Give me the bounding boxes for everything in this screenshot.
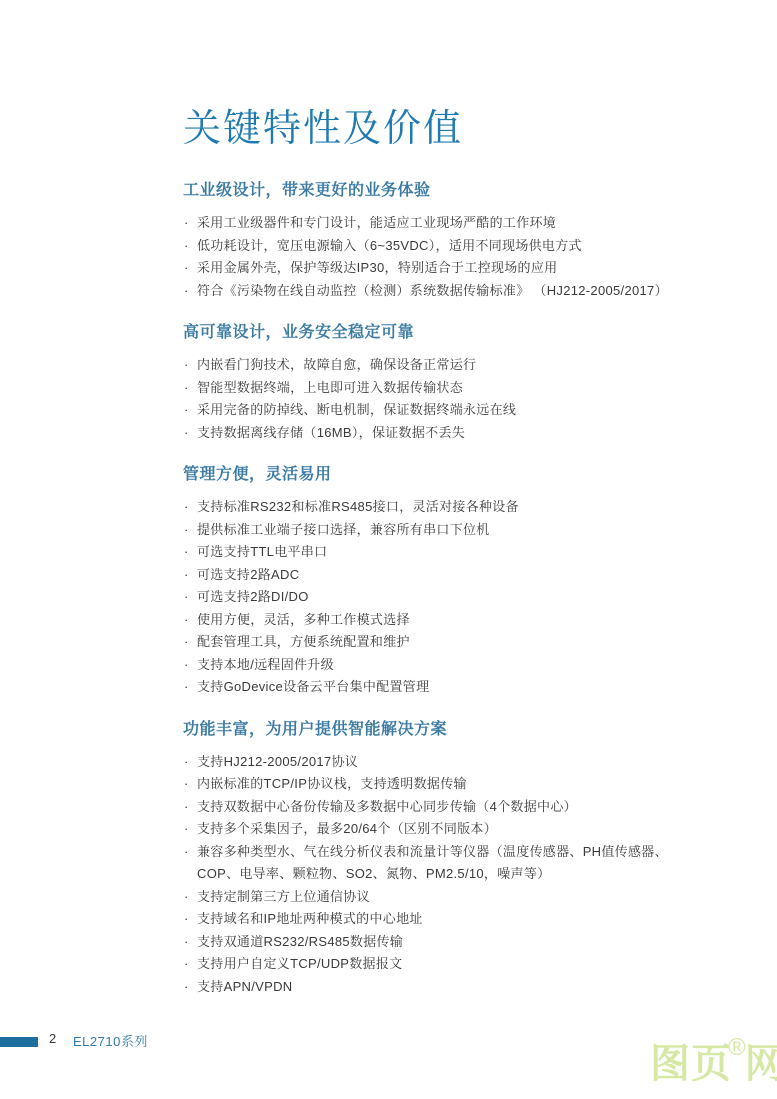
bullet-item: 支持数据离线存储（16MB），保证数据不丢失 xyxy=(183,422,705,445)
bullet-item: 支持双通道RS232/RS485数据传输 xyxy=(183,931,705,954)
section-heading: 管理方便，灵活易用 xyxy=(183,464,705,485)
watermark-text-left: 图页 xyxy=(650,1042,732,1086)
watermark: 图页®网 xyxy=(650,1036,777,1084)
bullet-item: 采用完备的防掉线、断电机制，保证数据终端永远在线 xyxy=(183,399,705,422)
section-heading: 功能丰富，为用户提供智能解决方案 xyxy=(183,719,705,740)
page-content: 关键特性及价值 工业级设计，带来更好的业务体验 采用工业级器件和专门设计，能适应… xyxy=(183,104,705,998)
bullet-item: 使用方便，灵活，多种工作模式选择 xyxy=(183,609,705,632)
bullet-list: 支持标准RS232和标准RS485接口，灵活对接各种设备提供标准工业端子接口选择… xyxy=(183,496,705,699)
bullet-item: 支持多个采集因子，最多20/64个（区别不同版本） xyxy=(183,818,705,841)
sections-host: 工业级设计，带来更好的业务体验 采用工业级器件和专门设计，能适应工业现场严酷的工… xyxy=(183,180,705,998)
feature-section: 工业级设计，带来更好的业务体验 采用工业级器件和专门设计，能适应工业现场严酷的工… xyxy=(183,180,705,302)
bullet-item: 支持用户自定义TCP/UDP数据报文 xyxy=(183,953,705,976)
bullet-item: 采用金属外壳，保护等级达IP30，特别适合于工控现场的应用 xyxy=(183,257,705,280)
series-label: EL2710系列 xyxy=(73,1031,148,1050)
watermark-text-right: 网 xyxy=(745,1042,777,1086)
bullet-item: 支持HJ212-2005/2017协议 xyxy=(183,751,705,774)
bullet-item: 采用工业级器件和专门设计，能适应工业现场严酷的工作环境 xyxy=(183,212,705,235)
bullet-list: 采用工业级器件和专门设计，能适应工业现场严酷的工作环境低功耗设计，宽压电源输入（… xyxy=(183,212,705,302)
section-heading: 高可靠设计，业务安全稳定可靠 xyxy=(183,322,705,343)
bullet-item: 可选支持2路DI/DO xyxy=(183,586,705,609)
bullet-item: 支持标准RS232和标准RS485接口，灵活对接各种设备 xyxy=(183,496,705,519)
bullet-item: 支持定制第三方上位通信协议 xyxy=(183,886,705,909)
bullet-item: 支持GoDevice设备云平台集中配置管理 xyxy=(183,676,705,699)
bullet-item: 可选支持TTL电平串口 xyxy=(183,541,705,564)
bullet-item: 低功耗设计，宽压电源输入（6~35VDC），适用不同现场供电方式 xyxy=(183,235,705,258)
section-heading: 工业级设计，带来更好的业务体验 xyxy=(183,180,705,201)
bullet-item: 支持域名和IP地址两种模式的中心地址 xyxy=(183,908,705,931)
bullet-list: 内嵌看门狗技术，故障自愈，确保设备正常运行智能型数据终端，上电即可进入数据传输状… xyxy=(183,354,705,444)
bullet-item: 提供标准工业端子接口选择，兼容所有串口下位机 xyxy=(183,519,705,542)
page-number: 2 xyxy=(49,1031,56,1046)
bullet-item: 可选支持2路ADC xyxy=(183,564,705,587)
bullet-item: 内嵌标准的TCP/IP协议栈，支持透明数据传输 xyxy=(183,773,705,796)
feature-section: 功能丰富，为用户提供智能解决方案 支持HJ212-2005/2017协议内嵌标准… xyxy=(183,719,705,999)
page-title: 关键特性及价值 xyxy=(183,104,705,154)
footer-bar-decoration xyxy=(0,1037,38,1047)
document-page: 关键特性及价值 工业级设计，带来更好的业务体验 采用工业级器件和专门设计，能适应… xyxy=(0,0,777,1099)
bullet-item: 支持APN/VPDN xyxy=(183,976,705,999)
feature-section: 高可靠设计，业务安全稳定可靠 内嵌看门狗技术，故障自愈，确保设备正常运行智能型数… xyxy=(183,322,705,444)
feature-section: 管理方便，灵活易用 支持标准RS232和标准RS485接口，灵活对接各种设备提供… xyxy=(183,464,705,699)
bullet-list: 支持HJ212-2005/2017协议内嵌标准的TCP/IP协议栈，支持透明数据… xyxy=(183,751,705,999)
bullet-item: 配套管理工具，方便系统配置和维护 xyxy=(183,631,705,654)
bullet-item: 内嵌看门狗技术，故障自愈，确保设备正常运行 xyxy=(183,354,705,377)
bullet-item: 支持本地/远程固件升级 xyxy=(183,654,705,677)
bullet-item: 兼容多种类型水、气在线分析仪表和流量计等仪器（温度传感器、PH值传感器、COP、… xyxy=(183,841,705,886)
bullet-item: 智能型数据终端，上电即可进入数据传输状态 xyxy=(183,377,705,400)
bullet-item: 符合《污染物在线自动监控（检测）系统数据传输标准》 （HJ212-2005/20… xyxy=(183,280,705,303)
bullet-item: 支持双数据中心备份传输及多数据中心同步传输（4个数据中心） xyxy=(183,796,705,819)
